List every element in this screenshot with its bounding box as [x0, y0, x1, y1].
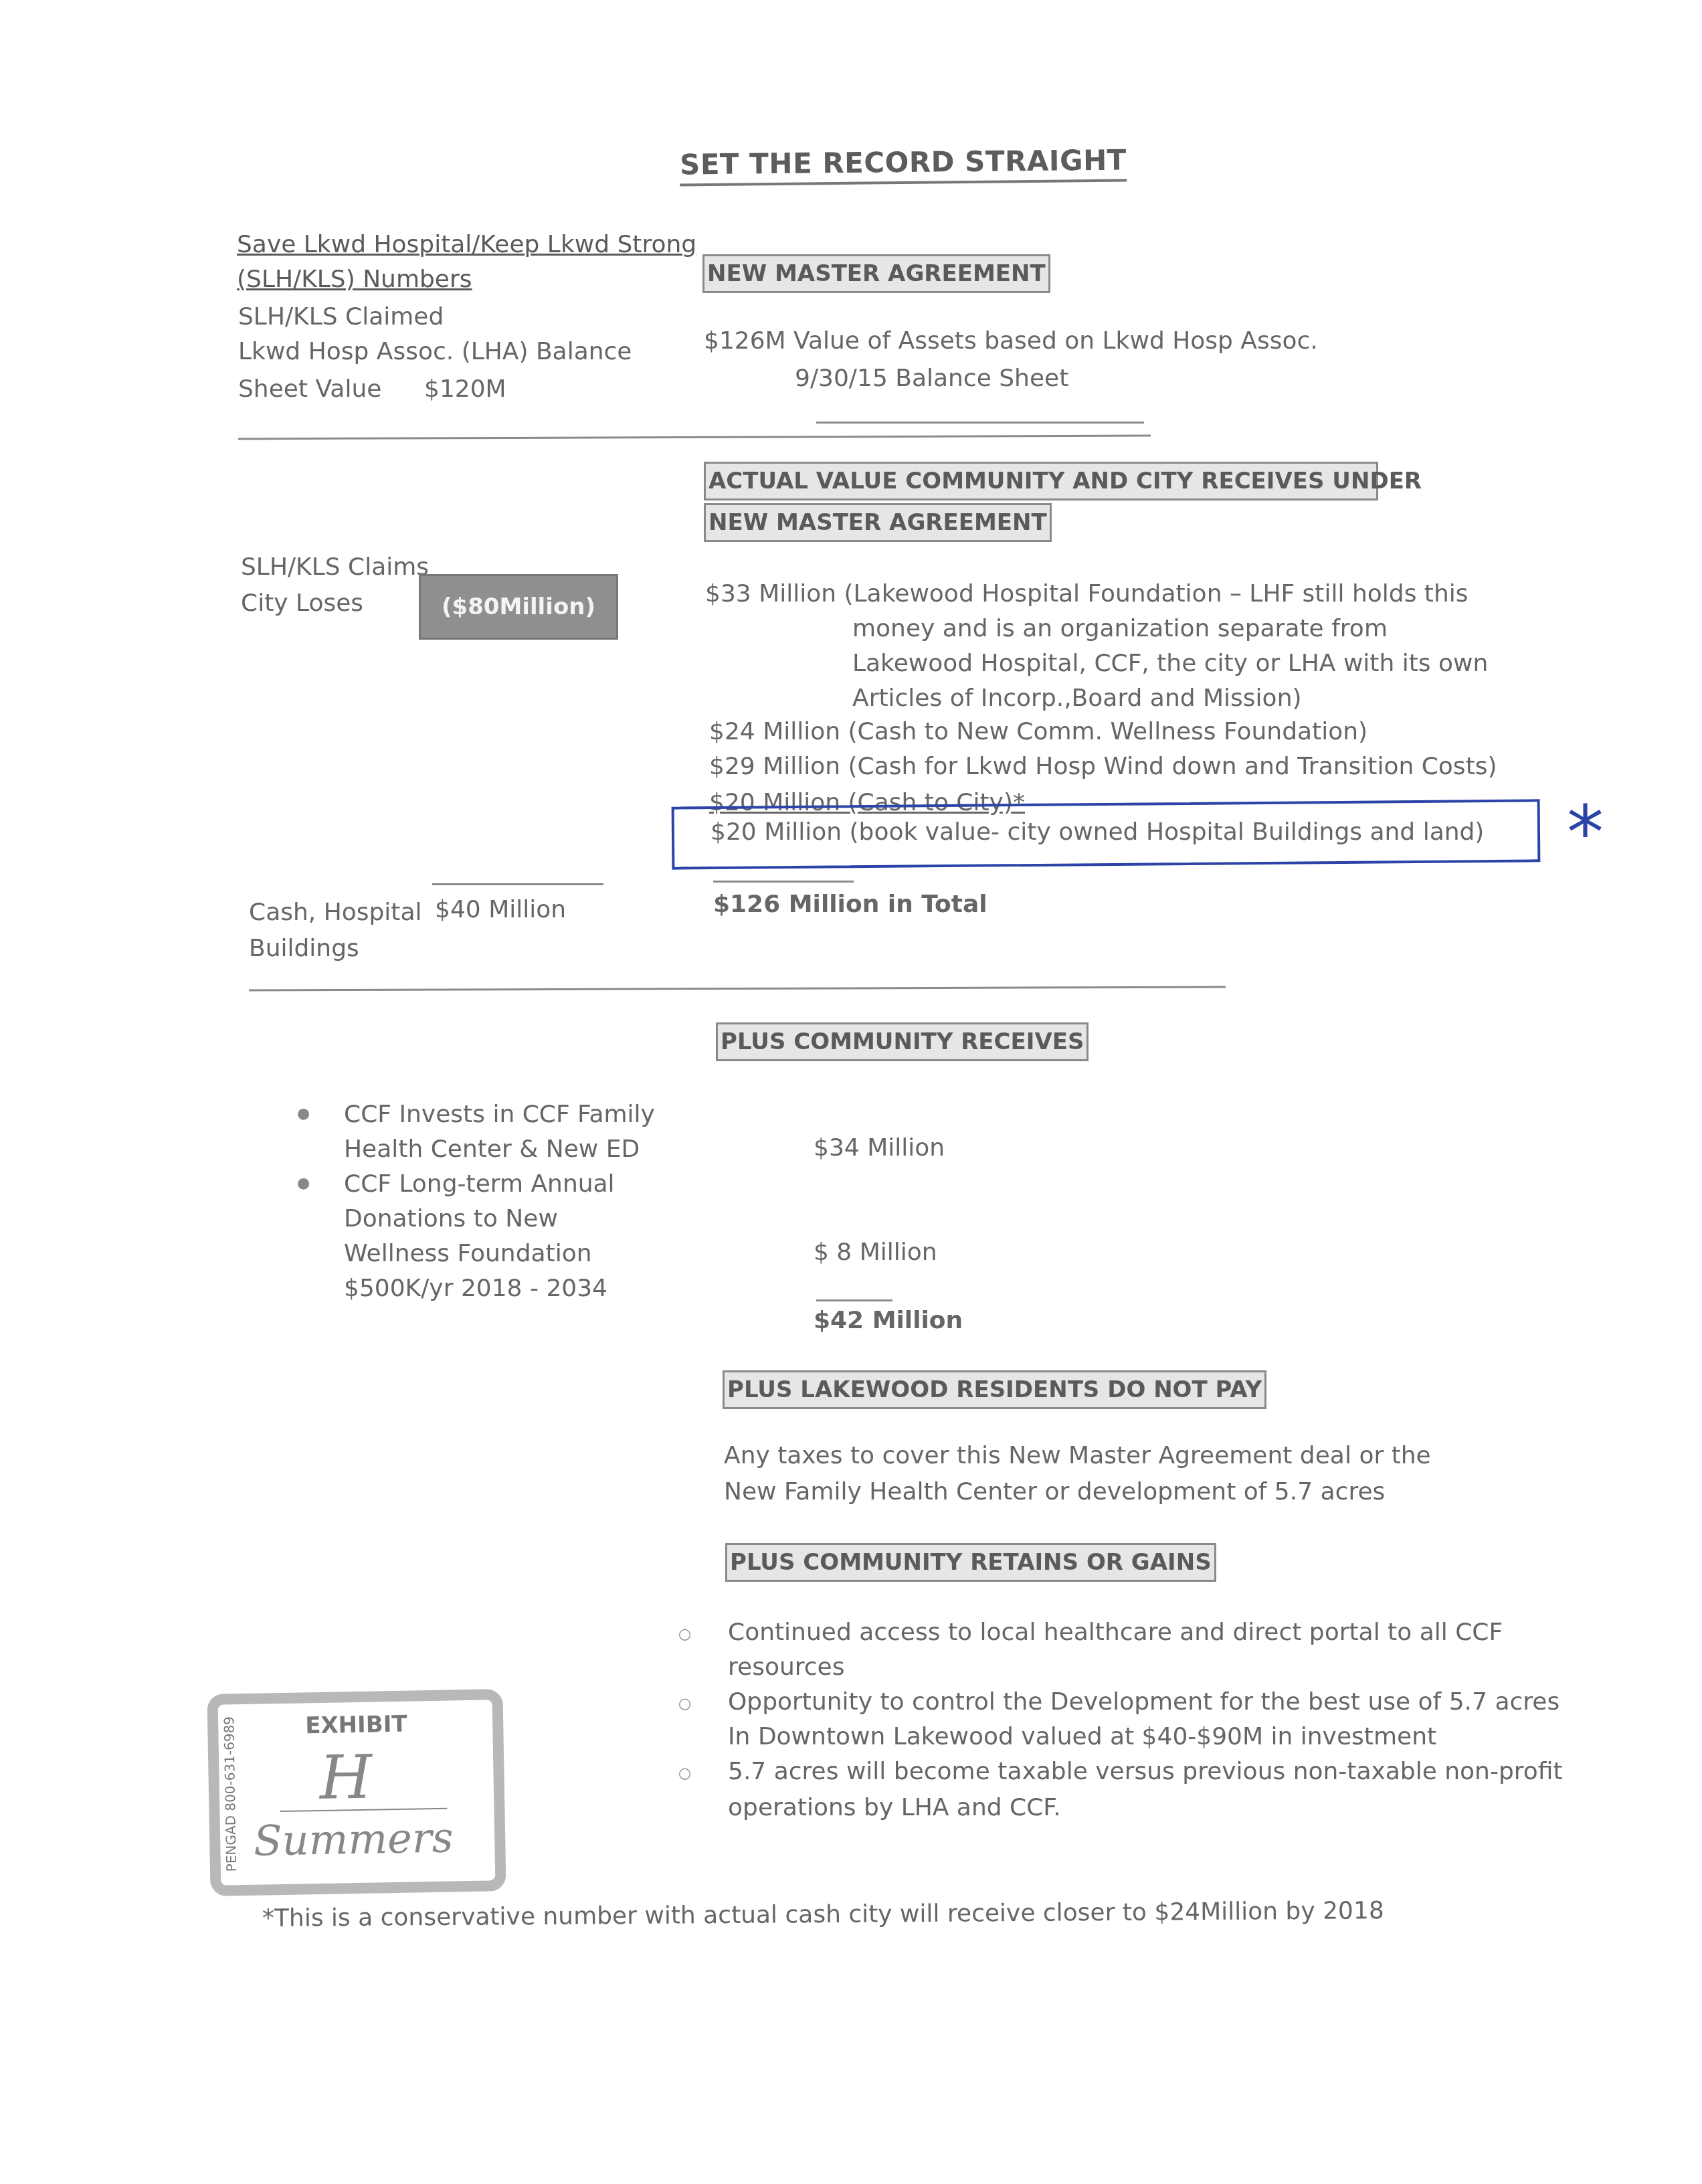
retains-item3-line2: operations by LHA and CCF.	[728, 1791, 1061, 1825]
actual-value-header-line1: ACTUAL VALUE COMMUNITY AND CITY RECEIVES…	[704, 462, 1378, 500]
community-bullet2-line1: CCF Long-term Annual	[344, 1167, 615, 1202]
sum-rule-left	[432, 883, 603, 885]
claimed-line1: SLH/KLS Claimed	[238, 300, 444, 335]
retains-header: PLUS COMMUNITY RETAINS OR GAINS	[725, 1543, 1216, 1582]
retains-item2-line1: Opportunity to control the Development f…	[728, 1685, 1559, 1720]
item-33m-cont3: Articles of Incorp.,Board and Mission)	[852, 681, 1302, 716]
total-126m: $126 Million in Total	[713, 887, 987, 922]
claimed-line2: Lkwd Hosp Assoc. (LHA) Balance	[238, 335, 632, 369]
assets-line1: $126M Value of Assets based on Lkwd Hosp…	[704, 324, 1318, 359]
section-divider	[238, 435, 1151, 440]
left-heading-line1: Save Lkwd Hospital/Keep Lkwd Strong	[237, 227, 696, 262]
exhibit-stamp: PENGAD 800-631-6989 EXHIBIT H Summers	[207, 1689, 506, 1896]
claims-line1: SLH/KLS Claims	[241, 550, 429, 585]
retains-item1-line2: resources	[728, 1650, 844, 1685]
page-title: SET THE RECORD STRAIGHT	[680, 144, 1127, 187]
item-24m: $24 Million (Cash to New Comm. Wellness …	[709, 715, 1367, 749]
claims-line2: City Loses	[241, 586, 363, 621]
community-total: $42 Million	[814, 1303, 963, 1338]
actual-value-header-line2: NEW MASTER AGREEMENT	[704, 503, 1052, 542]
divider	[816, 422, 1144, 424]
item-33m: $33 Million (Lakewood Hospital Foundatio…	[705, 577, 1469, 612]
retains-item3-line1: 5.7 acres will become taxable versus pre…	[728, 1754, 1563, 1789]
retains-item1-line1: Continued access to local healthcare and…	[728, 1615, 1503, 1650]
item-20m-book: $20 Million (book value- city owned Hosp…	[711, 815, 1484, 850]
cash-label-line1: Cash, Hospital	[249, 895, 422, 930]
assets-line2: 9/30/15 Balance Sheet	[795, 361, 1068, 396]
item-29m: $29 Million (Cash for Lkwd Hosp Wind dow…	[709, 749, 1497, 784]
residents-line1: Any taxes to cover this New Master Agree…	[724, 1439, 1431, 1473]
community-bullet2-line2: Donations to New	[344, 1202, 558, 1237]
residents-line2: New Family Health Center or development …	[724, 1475, 1385, 1510]
stamp-letter: H	[319, 1742, 373, 1813]
community-value-34m: $34 Million	[814, 1131, 945, 1166]
community-bullet1-line2: Health Center & New ED	[344, 1132, 640, 1167]
community-bullet2-line3: Wellness Foundation	[344, 1237, 592, 1271]
community-receives-header: PLUS COMMUNITY RECEIVES	[716, 1022, 1089, 1061]
circle-bullet-icon: ○	[678, 1696, 691, 1712]
sum-rule-community	[816, 1299, 892, 1301]
stamp-vendor-text: PENGAD 800-631-6989	[221, 1716, 240, 1872]
city-loses-value: ($80Million)	[419, 574, 618, 640]
claimed-value: $120M	[424, 372, 506, 407]
section-divider-2	[249, 986, 1226, 991]
bullet-icon: ●	[297, 1105, 310, 1122]
cash-label-line2: Buildings	[249, 931, 359, 966]
retains-item2-line2: In Downtown Lakewood valued at $40-$90M …	[728, 1720, 1436, 1754]
community-bullet2-line4: $500K/yr 2018 - 2034	[344, 1271, 607, 1306]
circle-bullet-icon: ○	[678, 1765, 691, 1782]
handwritten-asterisk-icon: *	[1567, 796, 1604, 870]
left-heading-line2: (SLH/KLS) Numbers	[237, 262, 472, 297]
bullet-icon: ●	[297, 1175, 310, 1192]
community-bullet1-line1: CCF Invests in CCF Family	[344, 1097, 655, 1132]
claimed-line3-label: Sheet Value	[238, 372, 381, 407]
footnote: *This is a conservative number with actu…	[262, 1894, 1384, 1936]
sum-rule-right	[713, 881, 854, 883]
item-33m-cont2: Lakewood Hospital, CCF, the city or LHA …	[852, 646, 1488, 681]
cash-value: $40 Million	[435, 893, 566, 927]
item-33m-cont1: money and is an organization separate fr…	[852, 612, 1388, 646]
residents-header: PLUS LAKEWOOD RESIDENTS DO NOT PAY	[723, 1370, 1266, 1409]
community-value-8m: $ 8 Million	[814, 1235, 937, 1270]
stamp-name: Summers	[254, 1813, 454, 1865]
circle-bullet-icon: ○	[678, 1626, 691, 1643]
new-master-agreement-header: NEW MASTER AGREEMENT	[702, 254, 1050, 293]
stamp-label: EXHIBIT	[305, 1711, 407, 1740]
